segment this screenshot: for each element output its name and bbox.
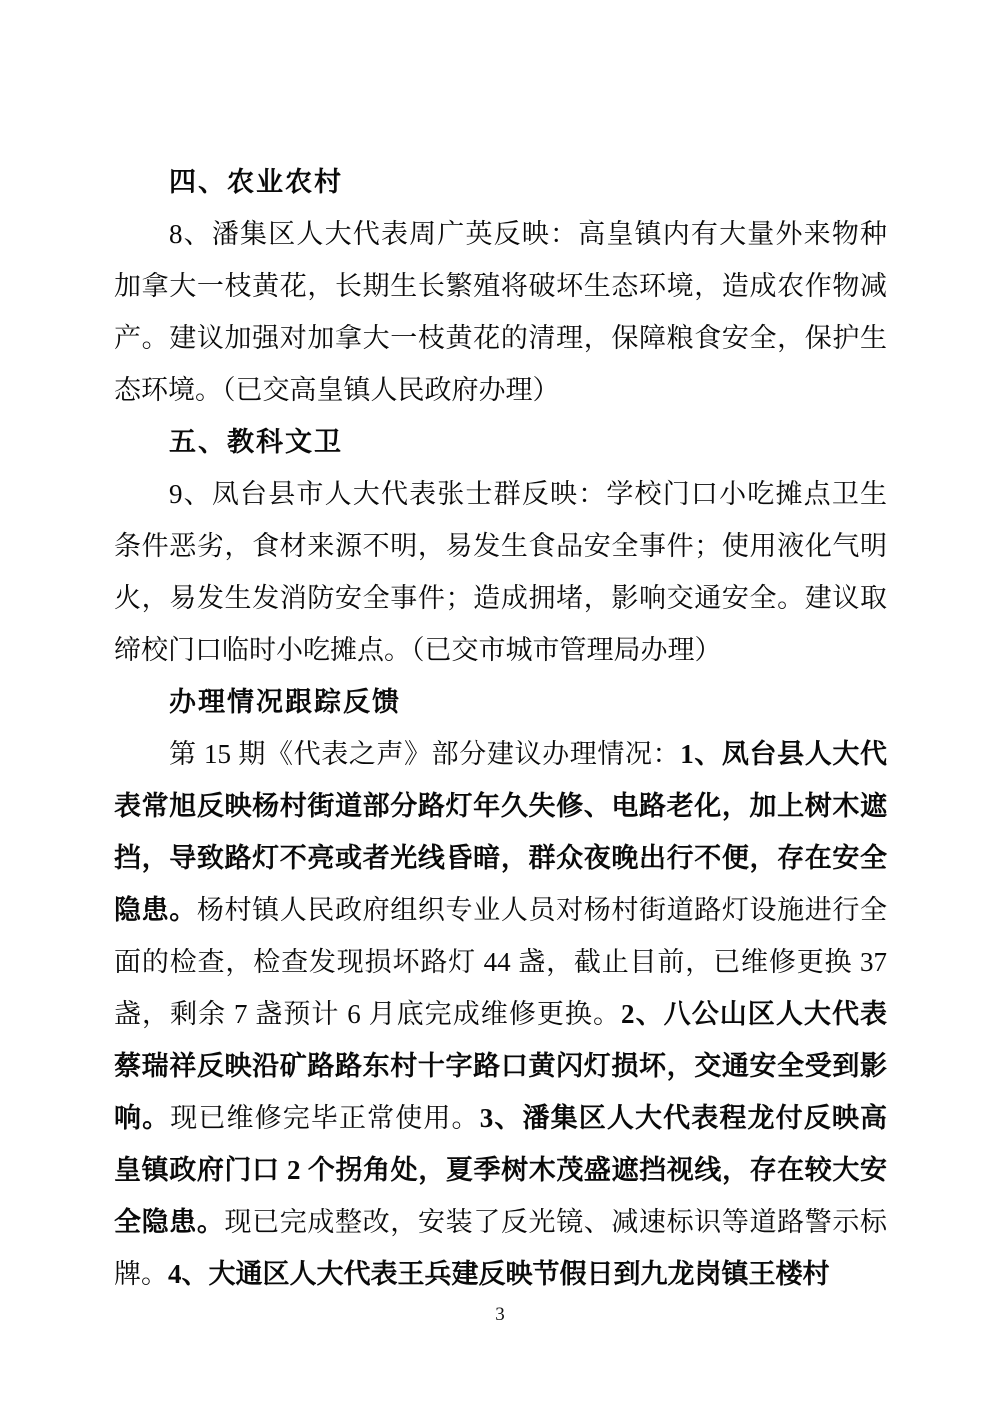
text-segment: 缔校门口临时小吃摊点。（已交市城市管理局办理）: [114, 635, 722, 665]
feedback-line-9: 皇镇政府门口 2 个拐角处，夏季树木茂盛遮挡视线，存在较大安: [114, 1144, 887, 1196]
feedback-line-3: 挡，导致路灯不亮或者光线昏暗，群众夜晚出行不便，存在安全: [114, 832, 887, 884]
feedback-line-7: 蔡瑞祥反映沿矿路路东村十字路口黄闪灯损坏，交通安全受到影: [114, 1040, 887, 1092]
document-page: 四、农业农村 8、潘集区人大代表周广英反映：高皇镇内有大量外来物种 加拿大一枝黄…: [0, 0, 1000, 1415]
section-heading-agriculture: 四、农业农村: [114, 156, 887, 208]
document-body: 四、农业农村 8、潘集区人大代表周广英反映：高皇镇内有大量外来物种 加拿大一枝黄…: [114, 156, 887, 1300]
item-9-line-3: 火，易发生发消防安全事件；造成拥堵，影响交通安全。建议取: [114, 572, 887, 624]
item-9-line-4: 缔校门口临时小吃摊点。（已交市城市管理局办理）: [114, 624, 887, 676]
heading-text: 四、农业农村: [169, 167, 343, 197]
text-segment-bold: 全隐患。: [114, 1207, 225, 1237]
text-segment: 9、凤台县市人大代表张士群反映：学校门口小吃摊点卫生: [169, 479, 887, 509]
text-segment: 现已维修完毕正常使用。: [170, 1103, 479, 1133]
text-segment: 条件恶劣，食材来源不明，易发生食品安全事件；使用液化气明: [114, 531, 887, 561]
text-segment-bold: 响。: [114, 1103, 170, 1133]
text-segment: 8、潘集区人大代表周广英反映：高皇镇内有大量外来物种: [169, 219, 887, 249]
text-segment-bold: 2、八公山区人大代表: [621, 999, 887, 1029]
text-segment: 面的检查，检查发现损坏路灯 44 盏，截止目前，已维修更换 37: [114, 947, 887, 977]
feedback-line-10: 全隐患。现已完成整改，安装了反光镜、减速标识等道路警示标: [114, 1196, 887, 1248]
text-segment: 火，易发生发消防安全事件；造成拥堵，影响交通安全。建议取: [114, 583, 887, 613]
heading-text: 办理情况跟踪反馈: [169, 687, 401, 717]
item-9-line-1: 9、凤台县市人大代表张士群反映：学校门口小吃摊点卫生: [114, 468, 887, 520]
text-segment: 态环境。（已交高皇镇人民政府办理）: [114, 375, 560, 405]
text-segment-bold: 皇镇政府门口 2 个拐角处，夏季树木茂盛遮挡视线，存在较大安: [114, 1155, 887, 1185]
text-segment: 加拿大一枝黄花，长期生长繁殖将破坏生态环境，造成农作物减: [114, 271, 887, 301]
feedback-line-4: 隐患。杨村镇人民政府组织专业人员对杨村街道路灯设施进行全: [114, 884, 887, 936]
item-8-line-4: 态环境。（已交高皇镇人民政府办理）: [114, 364, 887, 416]
item-8-line-2: 加拿大一枝黄花，长期生长繁殖将破坏生态环境，造成农作物减: [114, 260, 887, 312]
text-segment-bold: 表常旭反映杨村街道部分路灯年久失修、电路老化，加上树木遮: [114, 791, 887, 821]
item-8-line-1: 8、潘集区人大代表周广英反映：高皇镇内有大量外来物种: [114, 208, 887, 260]
text-segment-bold: 4、大通区人大代表王兵建反映节假日到九龙岗镇王楼村: [168, 1259, 830, 1289]
text-segment: 盏，剩余 7 盏预计 6 月底完成维修更换。: [114, 999, 621, 1029]
text-segment-bold: 挡，导致路灯不亮或者光线昏暗，群众夜晚出行不便，存在安全: [114, 843, 887, 873]
feedback-line-8: 响。现已维修完毕正常使用。3、潘集区人大代表程龙付反映高: [114, 1092, 887, 1144]
text-segment-bold: 1、凤台县人大代: [680, 739, 887, 769]
text-segment: 牌。: [114, 1259, 168, 1289]
item-9-line-2: 条件恶劣，食材来源不明，易发生食品安全事件；使用液化气明: [114, 520, 887, 572]
heading-text: 五、教科文卫: [169, 427, 343, 457]
feedback-line-1: 第 15 期《代表之声》部分建议办理情况：1、凤台县人大代: [114, 728, 887, 780]
text-segment-bold: 隐患。: [114, 895, 197, 925]
page-number: 3: [0, 1302, 1000, 1328]
section-heading-feedback: 办理情况跟踪反馈: [114, 676, 887, 728]
text-segment-bold: 3、潘集区人大代表程龙付反映高: [480, 1103, 887, 1133]
text-segment: 第 15 期《代表之声》部分建议办理情况：: [169, 739, 680, 769]
text-segment-bold: 蔡瑞祥反映沿矿路路东村十字路口黄闪灯损坏，交通安全受到影: [114, 1051, 887, 1081]
feedback-line-6: 盏，剩余 7 盏预计 6 月底完成维修更换。2、八公山区人大代表: [114, 988, 887, 1040]
item-8-line-3: 产。建议加强对加拿大一枝黄花的清理，保障粮食安全，保护生: [114, 312, 887, 364]
text-segment: 现已完成整改，安装了反光镜、减速标识等道路警示标: [225, 1207, 887, 1237]
text-segment: 产。建议加强对加拿大一枝黄花的清理，保障粮食安全，保护生: [114, 323, 887, 353]
section-heading-education: 五、教科文卫: [114, 416, 887, 468]
text-segment: 杨村镇人民政府组织专业人员对杨村街道路灯设施进行全: [197, 895, 887, 925]
feedback-line-5: 面的检查，检查发现损坏路灯 44 盏，截止目前，已维修更换 37: [114, 936, 887, 988]
feedback-line-2: 表常旭反映杨村街道部分路灯年久失修、电路老化，加上树木遮: [114, 780, 887, 832]
feedback-line-11: 牌。4、大通区人大代表王兵建反映节假日到九龙岗镇王楼村: [114, 1248, 887, 1300]
